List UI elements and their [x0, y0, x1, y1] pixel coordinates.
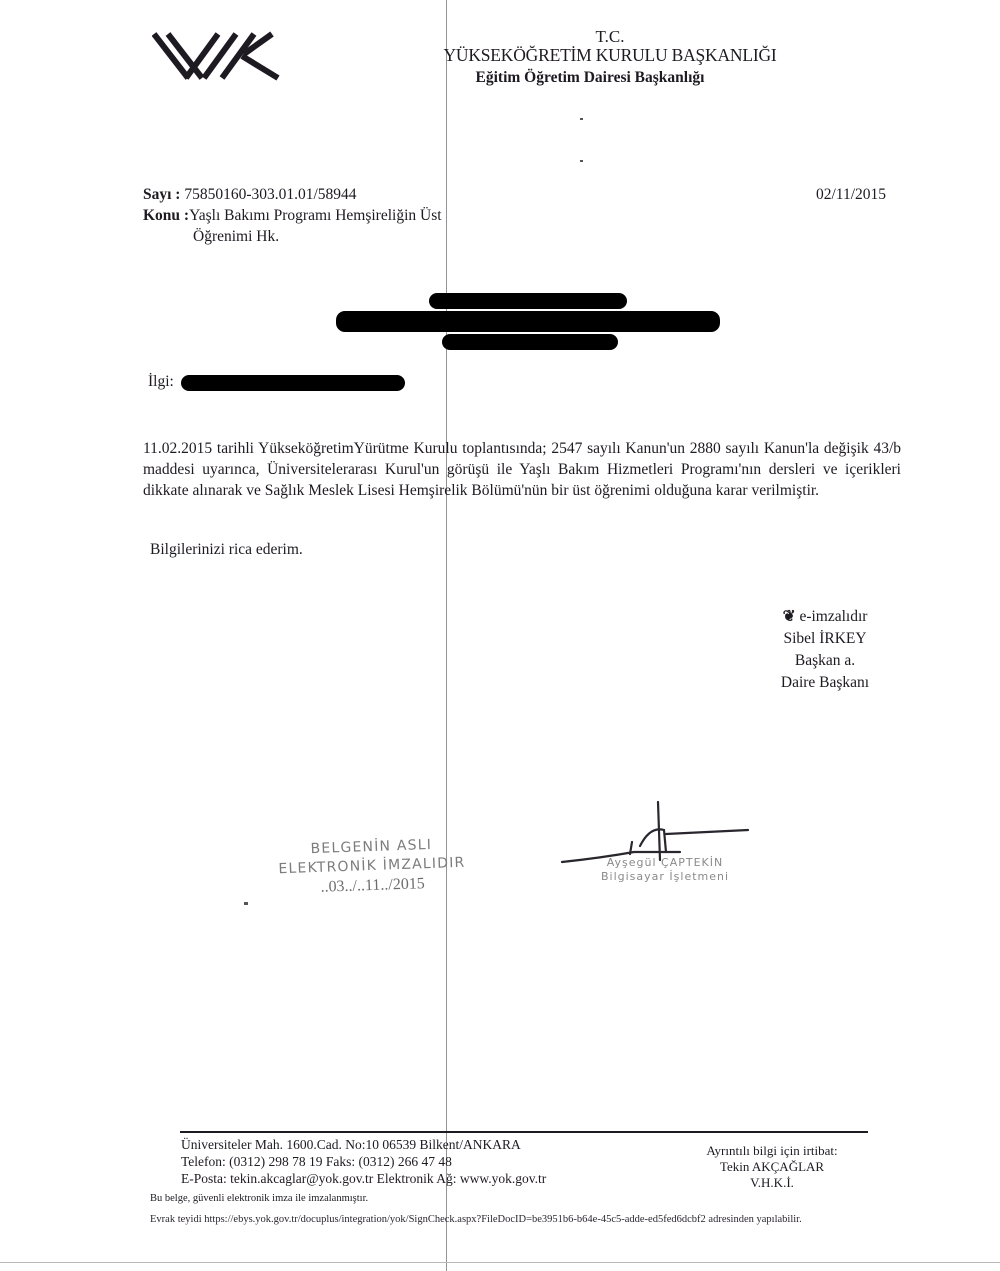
- original-copy-stamp: BELGENİN ASLI ELEKTRONİK İMZALIDIR ..03.…: [261, 834, 483, 899]
- scan-speck: [580, 160, 583, 162]
- footer-phone: Telefon: (0312) 298 78 19 Faks: (0312) 2…: [181, 1153, 546, 1170]
- copy-signer-title: Bilgisayar İşletmeni: [590, 870, 740, 884]
- esign-line: ❦ e-imzalıdır: [740, 606, 910, 628]
- contact-label: Ayrıntılı bilgi için irtibat:: [688, 1143, 856, 1159]
- body-paragraph: 11.02.2015 tarihli YükseköğretimYürütme …: [143, 438, 901, 501]
- scan-speck: [580, 118, 583, 120]
- page-edge: [0, 1262, 1000, 1263]
- subject: Konu :Yaşlı Bakımı Programı Hemşireliğin…: [143, 207, 442, 225]
- signer-name: Sibel İRKEY: [740, 628, 910, 650]
- number-value: 75850160-303.01.01/58944: [184, 186, 356, 203]
- contact-title: V.H.K.İ.: [688, 1175, 856, 1191]
- footer-email[interactable]: E-Posta: tekin.akcaglar@yok.gov.tr Elekt…: [181, 1170, 546, 1187]
- signature-block: ❦ e-imzalıdır Sibel İRKEY Başkan a. Dair…: [740, 606, 910, 694]
- footer-contact: Üniversiteler Mah. 1600.Cad. No:10 06539…: [181, 1136, 546, 1187]
- signer-title-2: Daire Başkanı: [740, 672, 910, 694]
- signer-title-1: Başkan a.: [740, 650, 910, 672]
- yok-logo-icon: [152, 30, 284, 82]
- contact-name: Tekin AKÇAĞLAR: [688, 1159, 856, 1175]
- scan-speck: [244, 902, 248, 905]
- redacted-reference: [181, 375, 405, 391]
- redacted-recipient-line-2: [336, 311, 720, 332]
- esign-note: Bu belge, güvenli elektronik imza ile im…: [150, 1193, 368, 1204]
- esign-seal-icon: ❦: [783, 608, 796, 625]
- redacted-recipient-line-3: [442, 334, 618, 350]
- footer-address: Üniversiteler Mah. 1600.Cad. No:10 06539…: [181, 1136, 546, 1153]
- document-number: Sayı : 75850160-303.01.01/58944: [143, 186, 357, 204]
- number-label: Sayı :: [143, 186, 180, 203]
- reference-label: İlgi:: [148, 373, 174, 391]
- footer-rule: [180, 1131, 868, 1133]
- document-date: 02/11/2015: [816, 186, 886, 204]
- copy-signer-name: Ayşegül ÇAPTEKİN: [590, 856, 740, 870]
- country-label: T.C.: [420, 27, 800, 47]
- esign-label: e-imzalıdır: [799, 608, 867, 625]
- scan-fold-line: [446, 0, 447, 1271]
- copy-signer: Ayşegül ÇAPTEKİN Bilgisayar İşletmeni: [590, 856, 740, 884]
- subject-line-2: Öğrenimi Hk.: [193, 228, 279, 246]
- organization-name: YÜKSEKÖĞRETİM KURULU BAŞKANLIĞI: [420, 45, 800, 66]
- department-name: Eğitim Öğretim Dairesi Başkanlığı: [440, 69, 740, 87]
- subject-label: Konu :: [143, 207, 189, 224]
- closing-line: Bilgilerinizi rica ederim.: [150, 541, 303, 559]
- redacted-recipient-line-1: [429, 293, 627, 309]
- footer-contact-person: Ayrıntılı bilgi için irtibat: Tekin AKÇA…: [688, 1143, 856, 1191]
- verification-link[interactable]: Evrak teyidi https://ebys.yok.gov.tr/doc…: [150, 1214, 802, 1225]
- subject-line-1: Yaşlı Bakımı Programı Hemşireliğin Üst: [189, 207, 441, 224]
